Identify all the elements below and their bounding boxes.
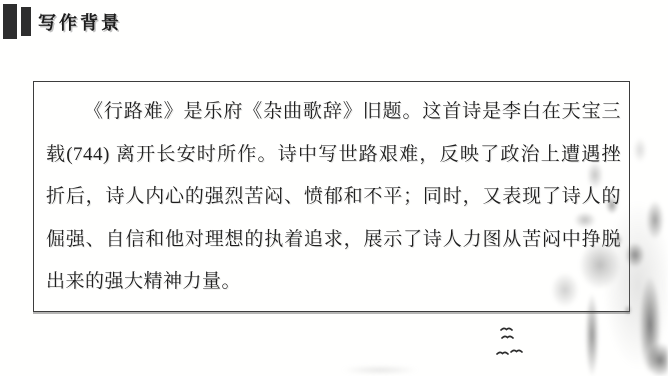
content-box: 《行路难》是乐府《杂曲歌辞》旧题。这首诗是李白在天宝三载(744) 离开长安时所…	[33, 81, 630, 312]
presentation-slide: 写作背景 《行路难》是乐府《杂曲歌辞》旧题。这首诗是李白在天宝三载(744) 离…	[0, 0, 668, 376]
accent-bar-icon	[3, 4, 17, 39]
accent-bar-icon	[21, 7, 31, 36]
page-title: 写作背景	[38, 9, 122, 35]
flying-birds-icon	[492, 320, 532, 364]
ink-smudge-decoration	[320, 362, 440, 376]
slide-header: 写作背景	[0, 0, 668, 46]
body-paragraph: 《行路难》是乐府《杂曲歌辞》旧题。这首诗是李白在天宝三载(744) 离开长安时所…	[34, 82, 629, 304]
